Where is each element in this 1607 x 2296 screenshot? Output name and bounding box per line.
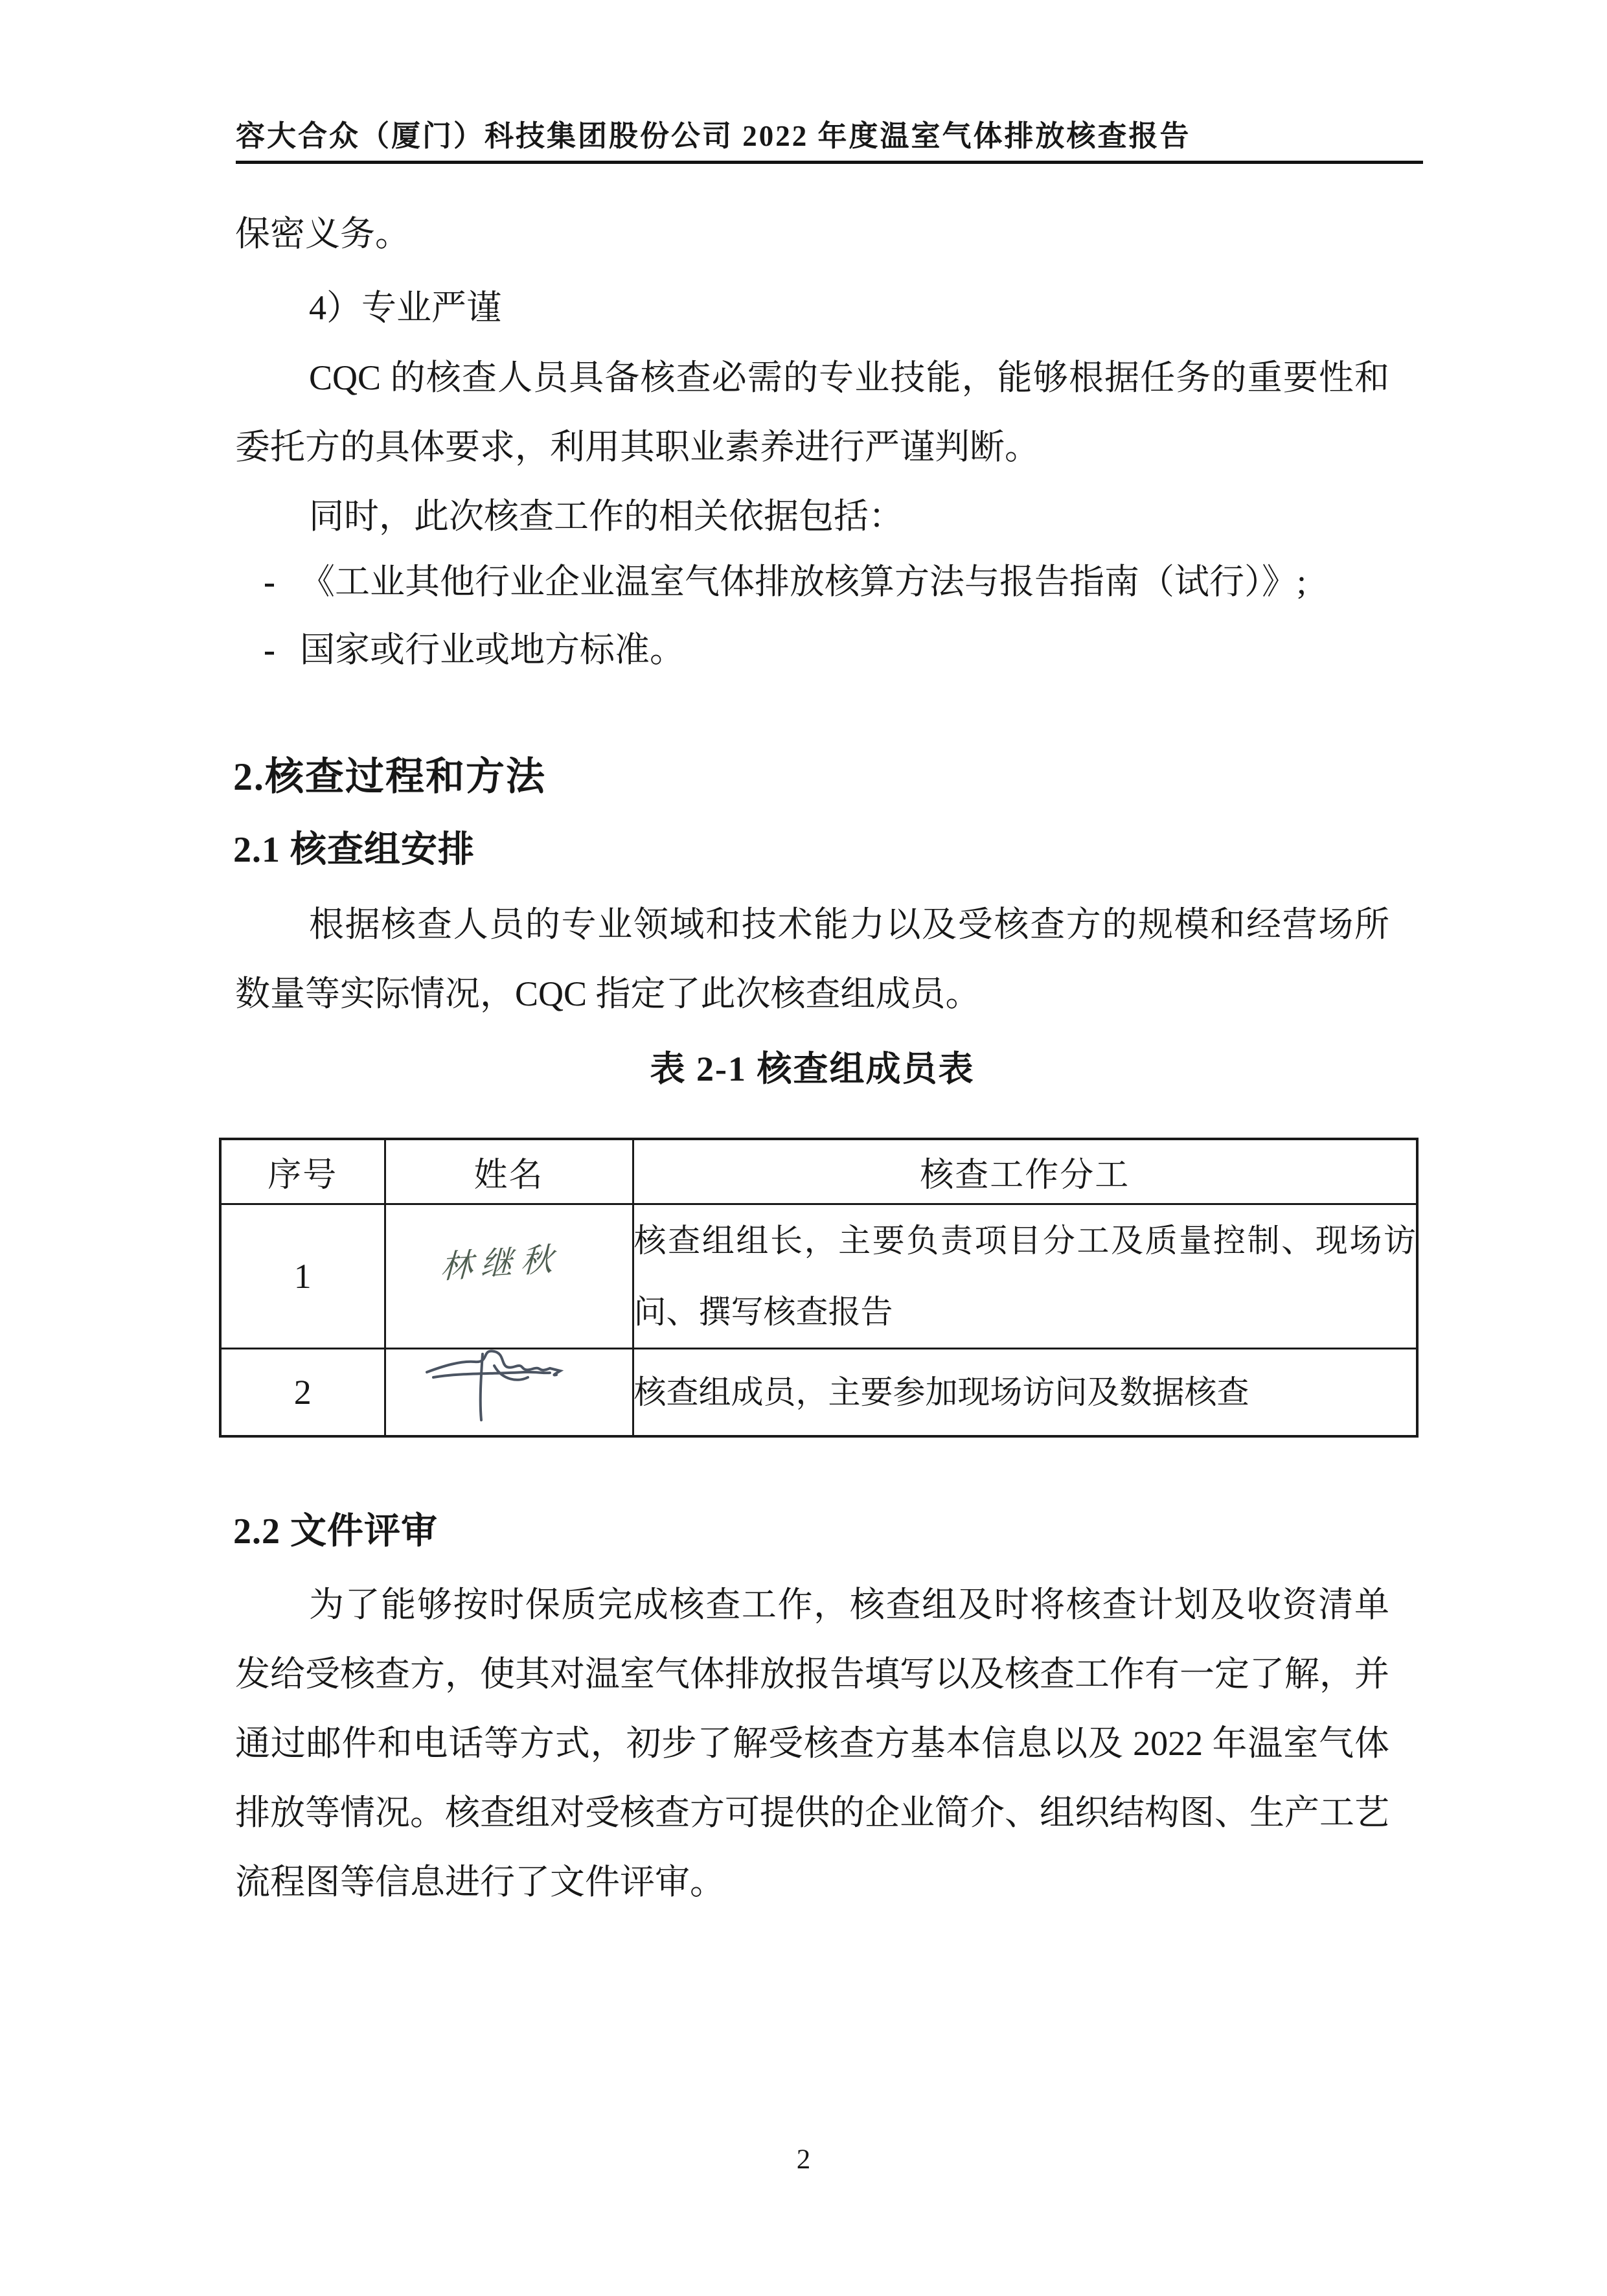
subsection-heading-team: 2.1 核查组安排 [233, 828, 1399, 872]
subsection-heading-docreview: 2.2 文件评审 [233, 1510, 1399, 1554]
item4-heading: 4）专业严谨 [235, 273, 1389, 343]
row2-duty: 核查组成员，主要参加现场访问及数据核查 [633, 1348, 1417, 1436]
section-heading-process: 2.核查过程和方法 [233, 753, 1399, 801]
col-header-duty: 核查工作分工 [633, 1139, 1417, 1204]
list-item-guideline: - 《工业其他行业企业温室气体排放核算方法与报告指南（试行）》; [235, 547, 1389, 617]
paragraph-basis-intro: 同时，此次核查工作的相关依据包括： [235, 482, 1389, 551]
paragraph-cqc-skills: CQC 的核查人员具备核查必需的专业技能，能够根据任务的重要性和委托方的具体要求… [235, 343, 1389, 482]
table-header-row: 序号 姓名 核查工作分工 [220, 1139, 1417, 1204]
team-members-table: 序号 姓名 核查工作分工 1 核查组组长，主要负责项目分工及质量控制、现场访问、… [219, 1138, 1419, 1438]
row1-duty: 核查组组长，主要负责项目分工及质量控制、现场访问、撰写核查报告 [633, 1204, 1417, 1348]
list-item-text: 国家或行业或地方标准。 [300, 630, 685, 669]
paragraph-document-review: 为了能够按时保质完成核查工作，核查组及时将核查计划及收资清单发给受核查方，使其对… [235, 1570, 1389, 1917]
table-row: 2 核查组成员，主要参加现场访问及数据核查 [220, 1348, 1417, 1436]
list-item-text: 《工业其他行业企业温室气体排放核算方法与报告指南（试行）》; [300, 562, 1306, 601]
list-item-standards: - 国家或行业或地方标准。 [235, 615, 1389, 685]
paragraph-confidentiality-tail: 保密义务。 [235, 200, 1389, 269]
row2-no: 2 [220, 1348, 385, 1436]
header-rule [236, 161, 1423, 164]
page-number: 2 [0, 2143, 1607, 2177]
col-header-name: 姓名 [385, 1139, 633, 1204]
report-page: 容大合众（厦门）科技集团股份公司 2022 年度温室气体排放核查报告 保密义务。… [0, 0, 1607, 2296]
page-header-title: 容大合众（厦门）科技集团股份公司 2022 年度温室气体排放核查报告 [236, 118, 1466, 154]
dash-bullet: - [264, 615, 275, 685]
table-row: 1 核查组组长，主要负责项目分工及质量控制、现场访问、撰写核查报告 [220, 1204, 1417, 1348]
row1-no: 1 [220, 1204, 385, 1348]
table-caption: 表 2-1 核查组成员表 [235, 1048, 1389, 1090]
col-header-no: 序号 [220, 1139, 385, 1204]
dash-bullet: - [264, 547, 275, 617]
signature-scribble [423, 1346, 578, 1423]
paragraph-team-arrangement: 根据核查人员的专业领域和技术能力以及受核查方的规模和经营场所数量等实际情况，CQ… [235, 890, 1389, 1029]
